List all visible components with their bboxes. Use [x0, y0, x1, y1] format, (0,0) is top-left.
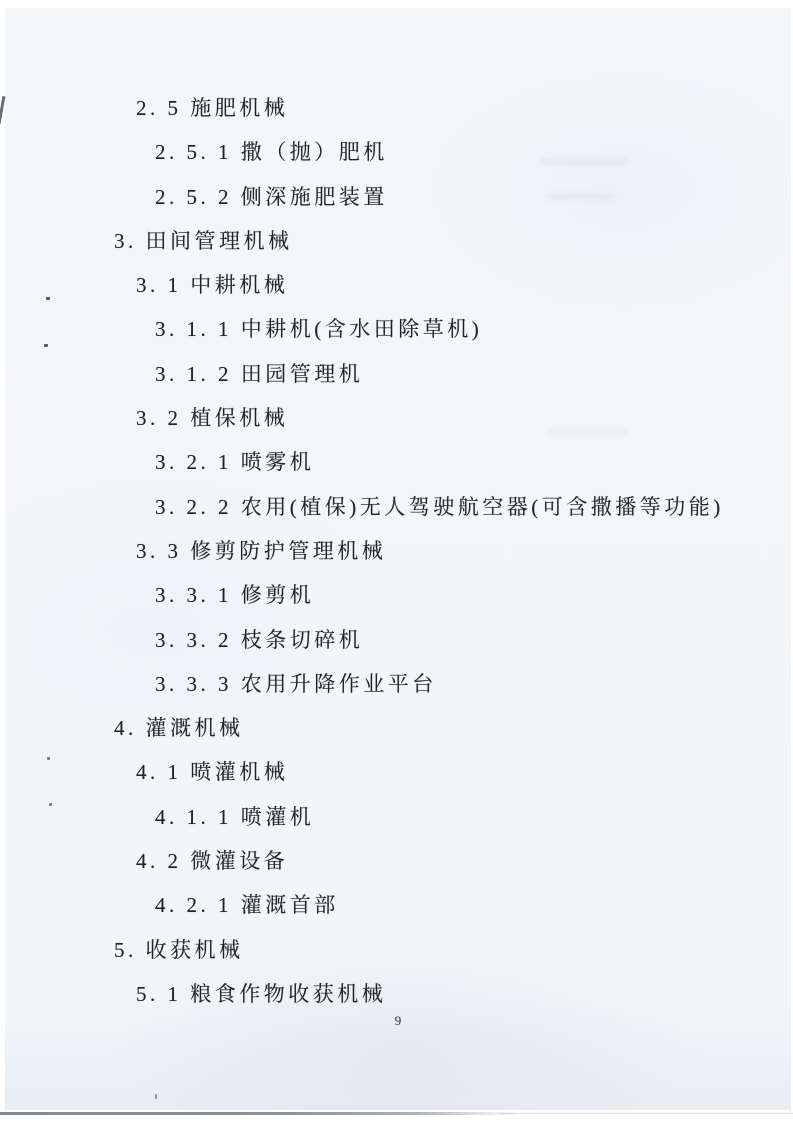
list-item-text: 3. 1. 1 中耕机(含水田除草机): [155, 317, 482, 341]
list-item-text: 3. 田间管理机械: [114, 229, 293, 253]
scan-speck: [47, 757, 50, 760]
list-item: 4. 1. 1 喷灌机: [5, 804, 791, 848]
list-item-text: 2. 5. 2 侧深施肥装置: [155, 185, 388, 209]
list-item: 3. 2 植保机械: [5, 405, 791, 449]
list-item-text: 4. 1 喷灌机械: [136, 760, 288, 784]
scan-bleedthrough: [545, 193, 615, 200]
list-item: 3. 3 修剪防护管理机械: [5, 538, 791, 582]
list-item-text: 2. 5. 1 撒（抛）肥机: [155, 140, 388, 164]
scan-edge-line: [500, 1113, 793, 1114]
paper-background: 2. 5 施肥机械2. 5. 1 撒（抛）肥机2. 5. 2 侧深施肥装置3. …: [5, 8, 791, 1110]
list-item-text: 3. 3 修剪防护管理机械: [136, 539, 386, 563]
list-item: 3. 田间管理机械: [5, 228, 791, 272]
list-item: 3. 1. 2 田园管理机: [5, 361, 791, 405]
list-item: 3. 1 中耕机械: [5, 272, 791, 316]
list-item-text: 5. 1 粮食作物收获机械: [136, 982, 386, 1006]
list-item: 4. 2. 1 灌溉首部: [5, 892, 791, 936]
list-item-text: 4. 2. 1 灌溉首部: [155, 893, 339, 917]
list-item-text: 3. 1 中耕机械: [136, 273, 288, 297]
list-item: 2. 5. 1 撒（抛）肥机: [5, 139, 791, 183]
scan-page: 2. 5 施肥机械2. 5. 1 撒（抛）肥机2. 5. 2 侧深施肥装置3. …: [0, 0, 793, 1122]
list-item-text: 2. 5 施肥机械: [136, 96, 288, 120]
list-item: 4. 灌溉机械: [5, 715, 791, 759]
scan-speck: [49, 803, 52, 806]
list-item: 2. 5. 2 侧深施肥装置: [5, 184, 791, 228]
scan-bleedthrough: [550, 428, 630, 435]
list-item-text: 3. 1. 2 田园管理机: [155, 362, 363, 386]
list-item-text: 4. 灌溉机械: [114, 716, 244, 740]
scan-speck: [155, 1094, 157, 1099]
list-item-text: 4. 1. 1 喷灌机: [155, 805, 314, 829]
list-item: 3. 3. 1 修剪机: [5, 582, 791, 626]
page-number: 9: [5, 1013, 791, 1029]
list-item: 3. 3. 3 农用升降作业平台: [5, 671, 791, 715]
list-item-text: 3. 3. 1 修剪机: [155, 583, 314, 607]
list-item-text: 3. 3. 2 枝条切碎机: [155, 628, 363, 652]
list-item: 3. 1. 1 中耕机(含水田除草机): [5, 316, 791, 360]
list-item: 3. 2. 1 喷雾机: [5, 449, 791, 493]
list-item-text: 4. 2 微灌设备: [136, 849, 288, 873]
list-item: 4. 1 喷灌机械: [5, 759, 791, 803]
list-item: 2. 5 施肥机械: [5, 95, 791, 139]
list-item: 5. 收获机械: [5, 937, 791, 981]
list-item: 3. 3. 2 枝条切碎机: [5, 627, 791, 671]
scan-bleedthrough: [540, 158, 630, 166]
document-list: 2. 5 施肥机械2. 5. 1 撒（抛）肥机2. 5. 2 侧深施肥装置3. …: [5, 95, 791, 1025]
list-item: 4. 2 微灌设备: [5, 848, 791, 892]
list-item-text: 5. 收获机械: [114, 938, 244, 962]
list-item-text: 3. 2. 1 喷雾机: [155, 450, 314, 474]
list-item-text: 3. 2 植保机械: [136, 406, 288, 430]
scan-speck: [46, 297, 50, 300]
list-item: 3. 2. 2 农用(植保)无人驾驶航空器(可含撒播等功能): [5, 494, 791, 538]
list-item-text: 3. 3. 3 农用升降作业平台: [155, 672, 437, 696]
list-item-text: 3. 2. 2 农用(植保)无人驾驶航空器(可含撒播等功能): [155, 495, 724, 519]
scan-speck: [44, 344, 48, 347]
scan-edge-line: [0, 1112, 520, 1115]
